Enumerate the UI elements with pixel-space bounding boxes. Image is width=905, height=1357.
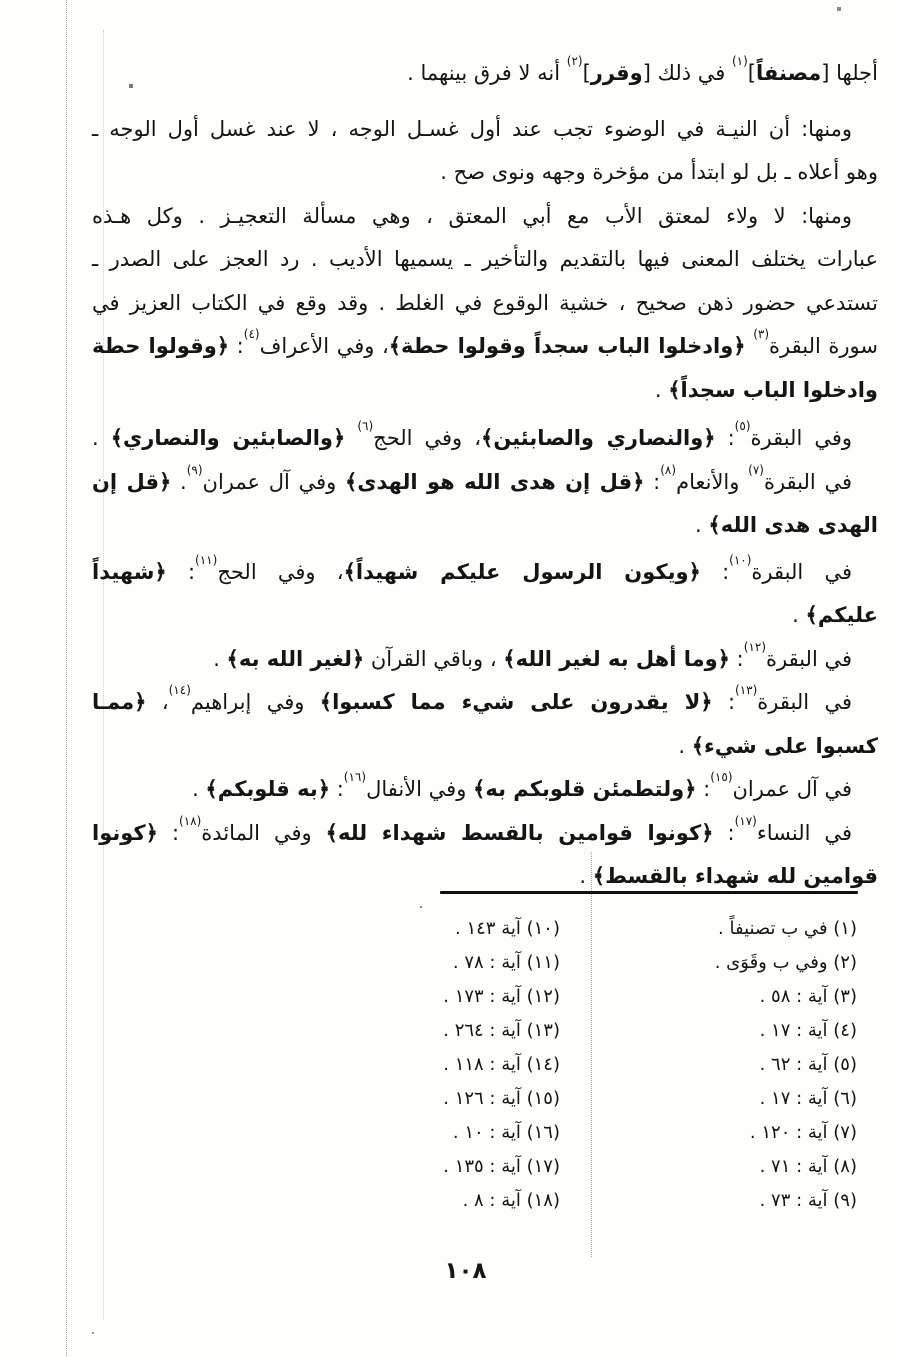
text-segment: . — [192, 777, 205, 801]
footnote-item: (٢) وفي ب وقَوَى . — [715, 946, 857, 980]
text-segment: ] — [748, 61, 756, 85]
footnote-item: (٥) آية : ٦٢ . — [715, 1048, 857, 1082]
footnote-ref: (١٧) — [735, 814, 757, 828]
text-segment: ﴿ممـا — [92, 690, 146, 714]
footnote-item: (١٢) آية : ١٧٣ . — [443, 980, 560, 1014]
text-segment: : — [713, 821, 734, 845]
footnote-item: (١٦) آية : ١٠ . — [443, 1116, 560, 1150]
text-segment: في آل عمران — [733, 777, 853, 801]
body-line: في البقرة(١٠): ﴿ويكون الرسول عليكم شهيدا… — [92, 551, 878, 595]
text-segment: أنه لا فرق بينهما . — [407, 61, 567, 85]
footnote-ref: (١٢) — [744, 640, 766, 654]
footnote-ref: (٦) — [357, 419, 373, 433]
footnote-item: (٩) آية : ٧٣ . — [715, 1184, 857, 1218]
text-segment: مصنفاً — [756, 61, 821, 85]
text-segment: ﴿والصابئين والنصاري﴾ — [111, 426, 346, 450]
text-segment: في البقرة — [757, 690, 852, 714]
text-segment: ﴿كونوا قوامين بالقسط شهداء لله﴾ — [326, 821, 714, 845]
text-segment: . — [678, 734, 691, 758]
body-line: في البقرة(١٢): ﴿وما أهل به لغير الله﴾ ، … — [92, 638, 878, 682]
scanned-page: أجلها [مصنفاً](١) في ذلك [وقرر](٢) أنه ل… — [0, 0, 905, 1357]
text-segment: : — [229, 334, 244, 358]
text-segment: : — [644, 470, 660, 494]
text-segment: . — [579, 864, 592, 888]
scan-noise — [0, 0, 2, 2]
footnote-item: (٤) آية : ١٧ . — [715, 1014, 857, 1048]
body-line: عليكم﴾ . — [92, 594, 878, 638]
footnote-column-divider-artifact — [591, 852, 592, 1257]
text-segment: . — [213, 647, 226, 671]
text-segment: ، وفي الحج — [217, 560, 343, 584]
text-segment: في البقرة — [751, 560, 852, 584]
footnote-item: (١٧) آية : ١٣٥ . — [443, 1150, 560, 1184]
text-segment: ﴿به قلوبكم﴾ — [205, 777, 330, 801]
footnotes-column-left: (١٠) آية ١٤٣ .(١١) آية : ٧٨ .(١٢) آية : … — [443, 912, 560, 1218]
text-segment: وادخلوا الباب سجداً﴾ — [668, 378, 878, 402]
footnote-ref: (١٤) — [169, 683, 191, 697]
text-segment — [345, 426, 357, 450]
body-line: ومنها: أن النيـة في الوضوء تجب عند أول غ… — [92, 108, 878, 152]
footnote-ref: (١) — [732, 54, 748, 68]
text-segment: ﴿ويكون الرسول عليكم شهيداً﴾ — [344, 560, 701, 584]
text-segment: . — [171, 470, 186, 494]
text-segment: ﴿قل إن هدى الله هو الهدى﴾ — [345, 470, 644, 494]
text-segment: : — [696, 777, 710, 801]
text-segment: وفي إبراهيم — [191, 690, 320, 714]
text-segment: . — [92, 426, 111, 450]
footnote-ref: (١٠) — [729, 553, 751, 567]
footnote-item: (١١) آية : ٧٨ . — [443, 946, 560, 980]
text-segment: الهدى هدى الله﴾ — [708, 513, 878, 537]
text-segment: : — [167, 560, 195, 584]
text-segment: . — [792, 603, 805, 627]
text-segment: . — [695, 513, 708, 537]
text-segment: عبارات يختلف المعنى فيها بالتقديم والتأخ… — [92, 247, 878, 271]
footnote-ref: (١١) — [195, 553, 217, 567]
text-segment: تستدعي حضور ذهن صحيح ، خشية الوقوع في ال… — [92, 291, 878, 315]
text-segment: في البقرة — [764, 470, 852, 494]
footnote-item: (١٥) آية : ١٢٦ . — [443, 1082, 560, 1116]
footnote-item: (١) في ب تصنيفاً . — [715, 912, 857, 946]
footnote-item: (١٨) آية : ٨ . — [443, 1184, 560, 1218]
body-line: سورة البقرة(٣) ﴿وادخلوا الباب سجداً وقول… — [92, 325, 878, 369]
text-segment: ﴿ولتطمئن قلوبكم به﴾ — [473, 777, 696, 801]
text-segment: ﴿لا يقدرون على شيء مما كسبوا﴾ — [320, 690, 713, 714]
text-segment: في البقرة — [766, 647, 852, 671]
text-segment: في ذلك [ — [643, 61, 732, 85]
body-line: في آل عمران(١٥): ﴿ولتطمئن قلوبكم به﴾ وفي… — [92, 768, 878, 812]
text-segment: . — [655, 378, 668, 402]
footnote-ref: (١٦) — [344, 770, 366, 784]
footnote-ref: (٧) — [748, 463, 764, 477]
text-segment: ﴿وادخلوا الباب سجداً وقولوا حطة﴾ — [389, 334, 746, 358]
footnote-ref: (١٨) — [179, 814, 201, 828]
text-segment: : — [158, 821, 179, 845]
body-line: كسبوا على شيء﴾ . — [92, 725, 878, 769]
text-segment: ﴿وقولوا حطة — [92, 334, 229, 358]
footnote-item: (٣) آية : ٥٨ . — [715, 980, 857, 1014]
text-segment: وفي آل عمران — [203, 470, 345, 494]
text-segment: : — [730, 647, 744, 671]
footnote-item: (٧) آية : ١٢٠ . — [715, 1116, 857, 1150]
footnote-ref: (١٣) — [735, 683, 757, 697]
text-segment: وهو أعلاه ـ بل لو ابتدأ من مؤخرة وجهه ون… — [440, 160, 878, 184]
footnote-item: (١٣) آية : ٢٦٤ . — [443, 1014, 560, 1048]
footnote-ref: (٩) — [187, 463, 203, 477]
text-segment: في النساء — [757, 821, 852, 845]
text-segment: : — [701, 560, 729, 584]
text-segment: وفي المائدة — [201, 821, 325, 845]
page-number: ١٠٨ — [0, 1258, 905, 1284]
text-segment: : — [713, 690, 735, 714]
footnote-ref: (٢) — [567, 54, 583, 68]
footnote-item: (١٤) آية : ١١٨ . — [443, 1048, 560, 1082]
text-segment: وقرر — [591, 61, 643, 85]
footnote-item: (١٠) آية ١٤٣ . — [443, 912, 560, 946]
footnote-item: (٨) آية : ٧١ . — [715, 1150, 857, 1184]
text-segment: ، — [146, 690, 168, 714]
footnote-ref: (٥) — [735, 419, 751, 433]
body-text: أجلها [مصنفاً](١) في ذلك [وقرر](٢) أنه ل… — [92, 52, 878, 899]
text-segment: سورة البقرة — [769, 334, 878, 358]
footnote-separator — [440, 891, 858, 894]
text-segment: ومنها: أن النيـة في الوضوء تجب عند أول غ… — [92, 117, 852, 141]
body-line: الهدى هدى الله﴾ . — [92, 504, 878, 548]
body-line: ومنها: لا ولاء لمعتق الأب مع أبي المعتق … — [92, 195, 878, 239]
body-line: وادخلوا الباب سجداً﴾ . — [92, 369, 878, 413]
footnote-ref: (١٥) — [710, 770, 732, 784]
text-segment: قوامين لله شهداء بالقسط﴾ — [593, 864, 878, 888]
scan-artifact-line — [66, 0, 67, 1357]
text-segment: وفي الأنفال — [366, 777, 473, 801]
body-line: في النساء(١٧): ﴿كونوا قوامين بالقسط شهدا… — [92, 812, 878, 856]
text-segment: والأنعام — [676, 470, 748, 494]
text-segment: ﴿وما أهل به لغير الله﴾ — [503, 647, 730, 671]
text-segment: وفي البقرة — [751, 426, 853, 450]
text-segment: كسبوا على شيء﴾ — [692, 734, 878, 758]
text-segment: ﴿شهيداً — [92, 560, 167, 584]
body-line: في البقرة(٧) والأنعام(٨): ﴿قل إن هدى الل… — [92, 461, 878, 505]
body-line: في البقرة(١٣): ﴿لا يقدرون على شيء مما كس… — [92, 681, 878, 725]
body-line: تستدعي حضور ذهن صحيح ، خشية الوقوع في ال… — [92, 282, 878, 326]
body-line: وهو أعلاه ـ بل لو ابتدأ من مؤخرة وجهه ون… — [92, 151, 878, 195]
text-segment: : — [716, 426, 735, 450]
text-segment: ﴿لغير الله به﴾ — [227, 647, 365, 671]
footnotes-column-right: (١) في ب تصنيفاً .(٢) وفي ب وقَوَى .(٣) … — [715, 912, 857, 1218]
footnote-ref: (٣) — [753, 327, 769, 341]
text-segment: ومنها: لا ولاء لمعتق الأب مع أبي المعتق … — [92, 204, 852, 228]
footnote-ref: (٨) — [660, 463, 676, 477]
text-segment: ﴿والنصاري والصابئين﴾ — [481, 426, 716, 450]
text-segment: ﴿كونوا — [92, 821, 158, 845]
text-segment: : — [330, 777, 344, 801]
text-segment: ] — [583, 61, 591, 85]
text-segment: ، وفي الأعراف — [260, 334, 389, 358]
body-line: أجلها [مصنفاً](١) في ذلك [وقرر](٢) أنه ل… — [92, 52, 878, 96]
text-segment: عليكم﴾ — [806, 603, 878, 627]
footnote-item: (٦) آية : ١٧ . — [715, 1082, 857, 1116]
text-segment: ﴿قل إن — [92, 470, 171, 494]
body-line: عبارات يختلف المعنى فيها بالتقديم والتأخ… — [92, 238, 878, 282]
text-segment: ، وفي الحج — [373, 426, 481, 450]
text-segment: ، وباقي القرآن — [364, 647, 503, 671]
footnote-ref: (٤) — [244, 327, 260, 341]
text-segment: أجلها [ — [821, 61, 878, 85]
body-line: وفي البقرة(٥): ﴿والنصاري والصابئين﴾، وفي… — [92, 417, 878, 461]
